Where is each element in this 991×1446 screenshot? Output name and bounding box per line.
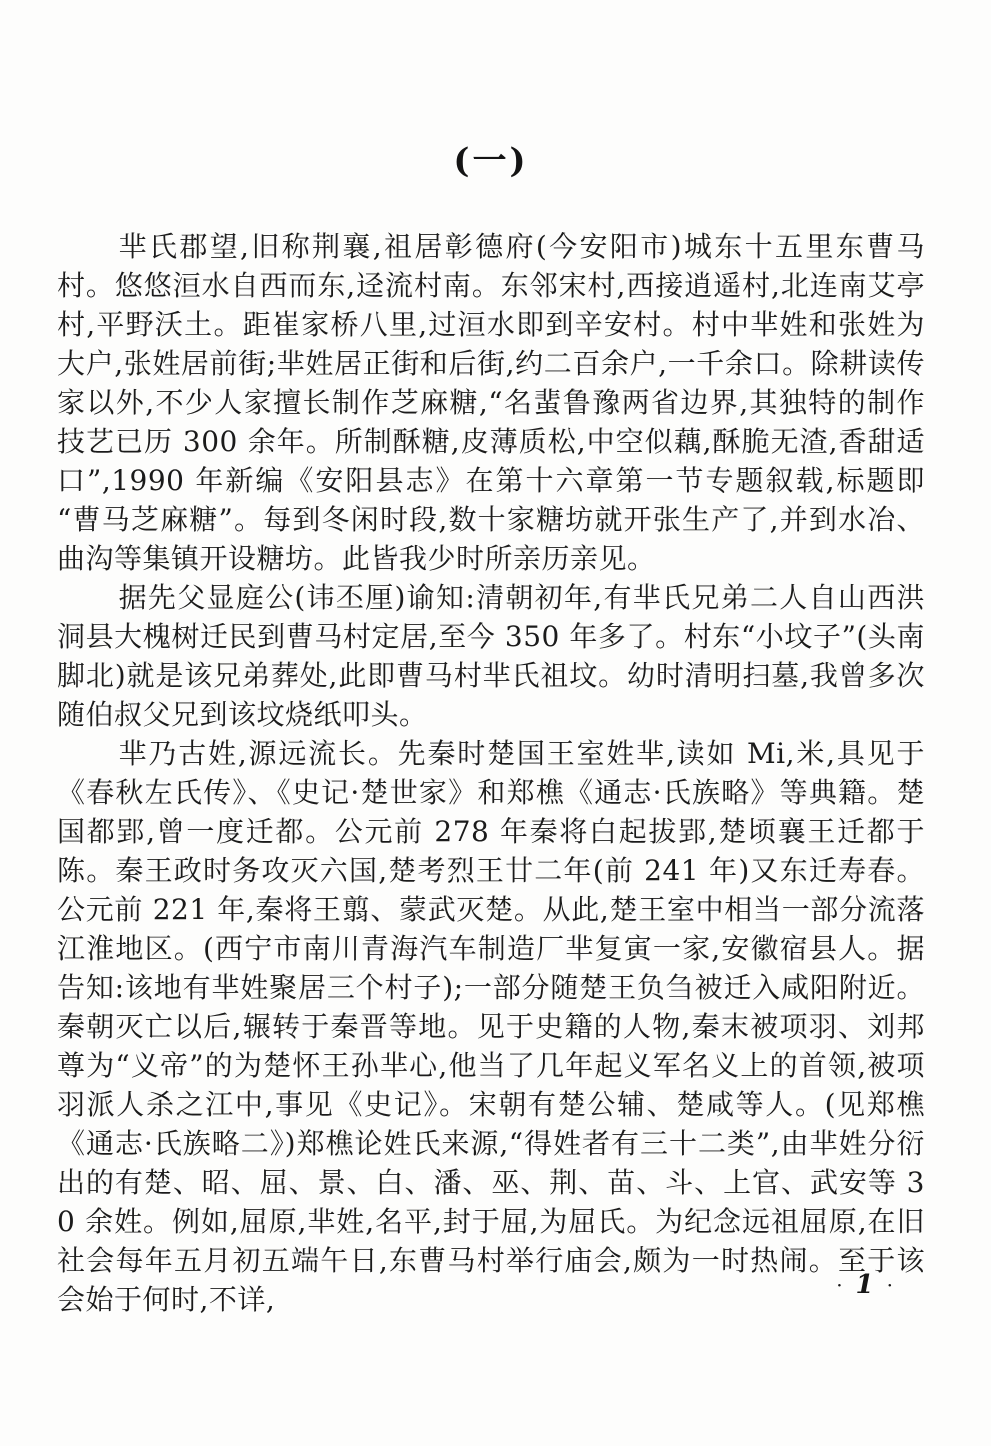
section-title: (一) [57, 143, 925, 179]
paragraph-family-history: 据先父显庭公(讳丕厘)谕知:清朝初年,有芈氏兄弟二人自山西洪洞县大槐树迁民到曹马… [57, 578, 925, 734]
paragraph-surname-history: 芈乃古姓,源远流长。先秦时楚国王室姓芈,读如 Mi,米,具见于《春秋左氏传》、《… [57, 734, 925, 1319]
page-number-right-dot: · [887, 1273, 893, 1297]
page-number: · 1 · [836, 1270, 893, 1300]
body-text: 芈氏郡望,旧称荆襄,祖居彰德府(今安阳市)城东十五里东曹马村。悠悠洹水自西而东,… [57, 227, 925, 1319]
paragraph-origin-of-clan: 芈氏郡望,旧称荆襄,祖居彰德府(今安阳市)城东十五里东曹马村。悠悠洹水自西而东,… [57, 227, 925, 578]
scanned-book-page: (一) 芈氏郡望,旧称荆襄,祖居彰德府(今安阳市)城东十五里东曹马村。悠悠洹水自… [0, 0, 991, 1446]
page-number-value: 1 [843, 1270, 887, 1300]
